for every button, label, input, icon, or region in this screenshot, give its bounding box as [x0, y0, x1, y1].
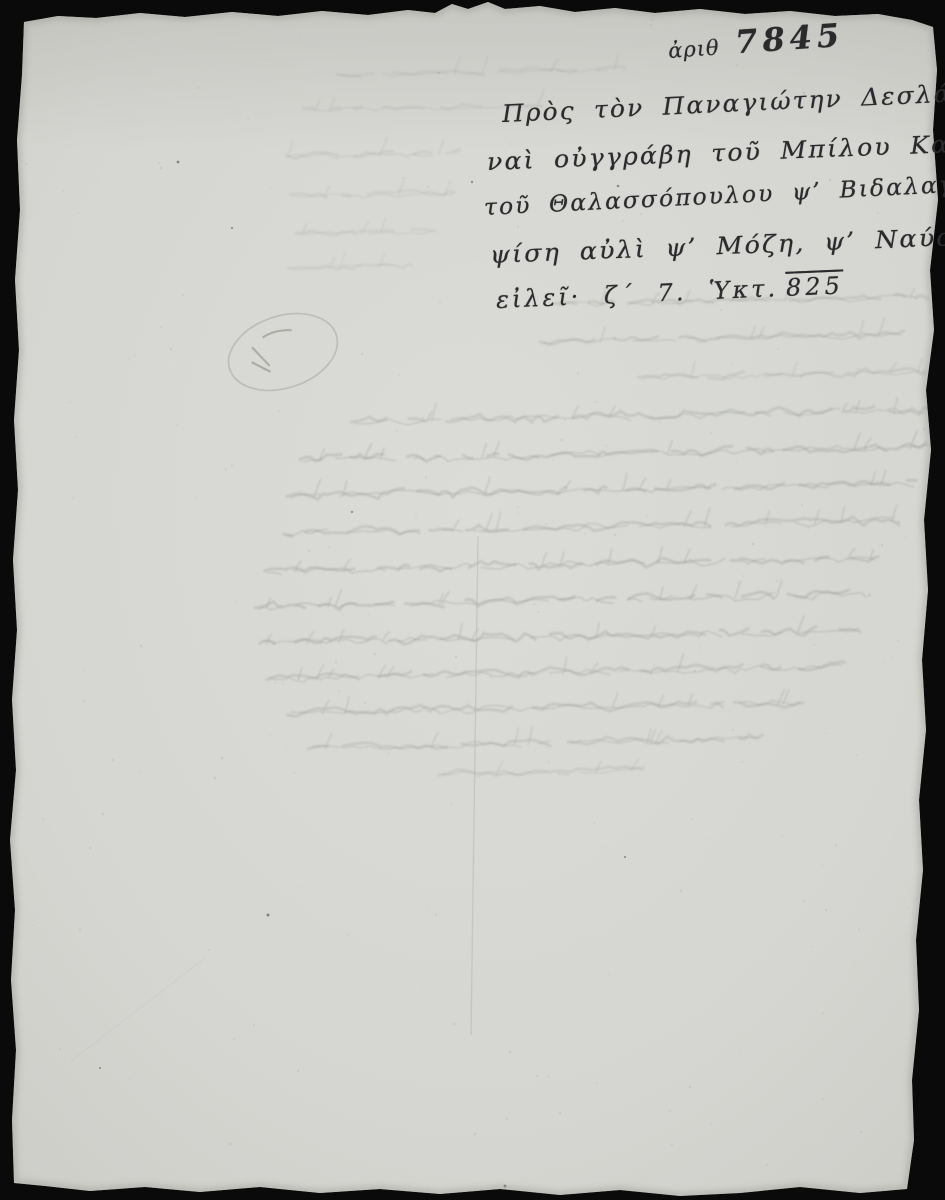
top-edge-shading [0, 0, 945, 150]
paper-sheet-canvas [0, 0, 945, 1200]
paper-sheet [10, 2, 938, 1196]
document-photograph: ἀριθ7845 Πρὸς τὸν Παναγιώτην Δεσλάμην να… [0, 0, 945, 1200]
